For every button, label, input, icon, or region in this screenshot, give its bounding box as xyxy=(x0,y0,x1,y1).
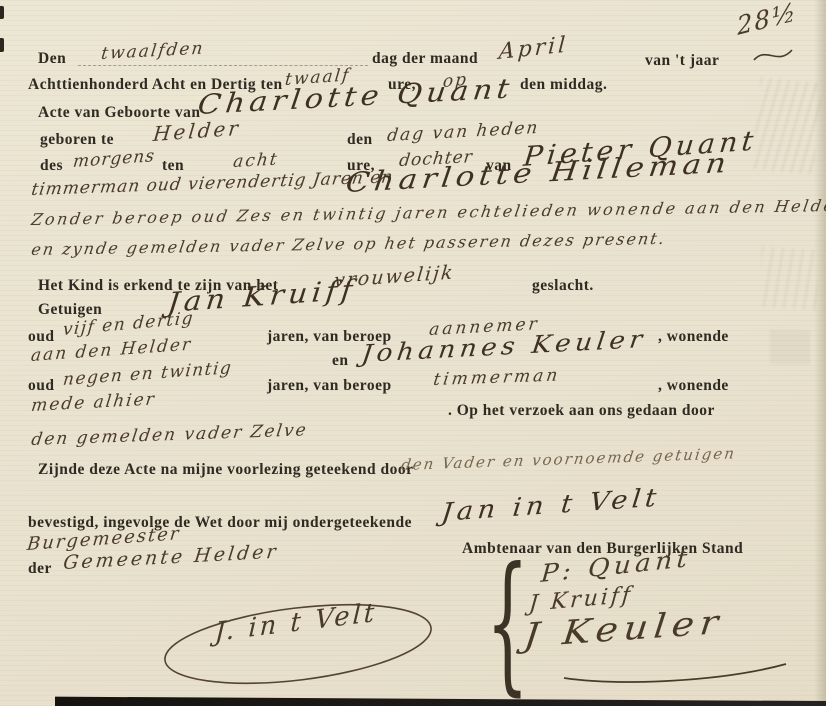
bleed-through-mark-1 xyxy=(751,77,822,175)
printed-voorlezing: Zijnde deze Acte na mijne voorlezing get… xyxy=(38,461,413,479)
printed-wonende-2: , wonende xyxy=(658,377,729,395)
bottom-scan-edge xyxy=(55,695,826,706)
act-number: 28½ xyxy=(736,0,798,41)
printed-wonende-1: , wonende xyxy=(658,328,729,346)
printed-der: der xyxy=(28,560,52,578)
handwritten-birth-day: dag van heden xyxy=(386,118,541,146)
birth-certificate-scan: 28½ Den twaalfden dag der maand April va… xyxy=(0,0,826,706)
bleed-through-mark-2 xyxy=(758,246,820,310)
signature-witness2-flourish xyxy=(560,662,790,684)
printed-van-t-jaar: van 't jaar xyxy=(645,52,719,70)
handwritten-father-present: en zynde gemelden vader Zelve op het pas… xyxy=(30,229,667,259)
fill-in-rule-day xyxy=(78,64,368,66)
printed-verzoek: . Op het verzoek aan ons gedaan door xyxy=(448,402,715,420)
printed-den: Den xyxy=(38,50,66,68)
printed-en: en xyxy=(332,352,349,370)
handwritten-registrar-name: Jan in t Velt xyxy=(440,482,662,527)
printed-des: des xyxy=(40,157,63,175)
handwritten-requester: den gemelden vader Zelve xyxy=(30,420,309,450)
handwritten-morning: morgens xyxy=(72,146,156,172)
printed-ten: ten xyxy=(162,157,184,175)
handwritten-birth-hour: acht xyxy=(232,149,280,172)
printed-dag-der-maand: dag der maand xyxy=(372,50,478,68)
printed-geslacht: geslacht. xyxy=(532,277,594,295)
printed-beroep-2: jaren, van beroep xyxy=(267,377,392,395)
printed-geboren-te: geboren te xyxy=(40,131,114,149)
bleed-through-mark-3 xyxy=(770,330,810,364)
handwritten-witness2-age: negen en twintig xyxy=(62,358,233,390)
handwritten-birthplace: Helder xyxy=(152,116,242,146)
handwritten-signatories: den Vader en voornoemde getuigen xyxy=(400,444,737,474)
printed-den-2: den xyxy=(347,131,373,149)
scan-edge-mark-second xyxy=(0,38,4,52)
handwritten-witness2-profession: timmerman xyxy=(432,365,562,390)
signature-brace: { xyxy=(486,548,529,698)
handwritten-father-info: timmerman oud vierendertig Jaren en xyxy=(30,167,395,200)
printed-oud-2: oud xyxy=(28,377,55,395)
handwritten-month: April xyxy=(498,32,569,65)
printed-oud-1: oud xyxy=(28,328,55,346)
printed-den-middag: den middag. xyxy=(520,76,607,94)
scan-edge-mark-top xyxy=(0,6,4,19)
handwritten-mother-info: Zonder beroep oud Zes en twintig jaren e… xyxy=(30,196,826,229)
act-number-flourish xyxy=(752,46,794,66)
handwritten-day: twaalfden xyxy=(100,38,206,64)
